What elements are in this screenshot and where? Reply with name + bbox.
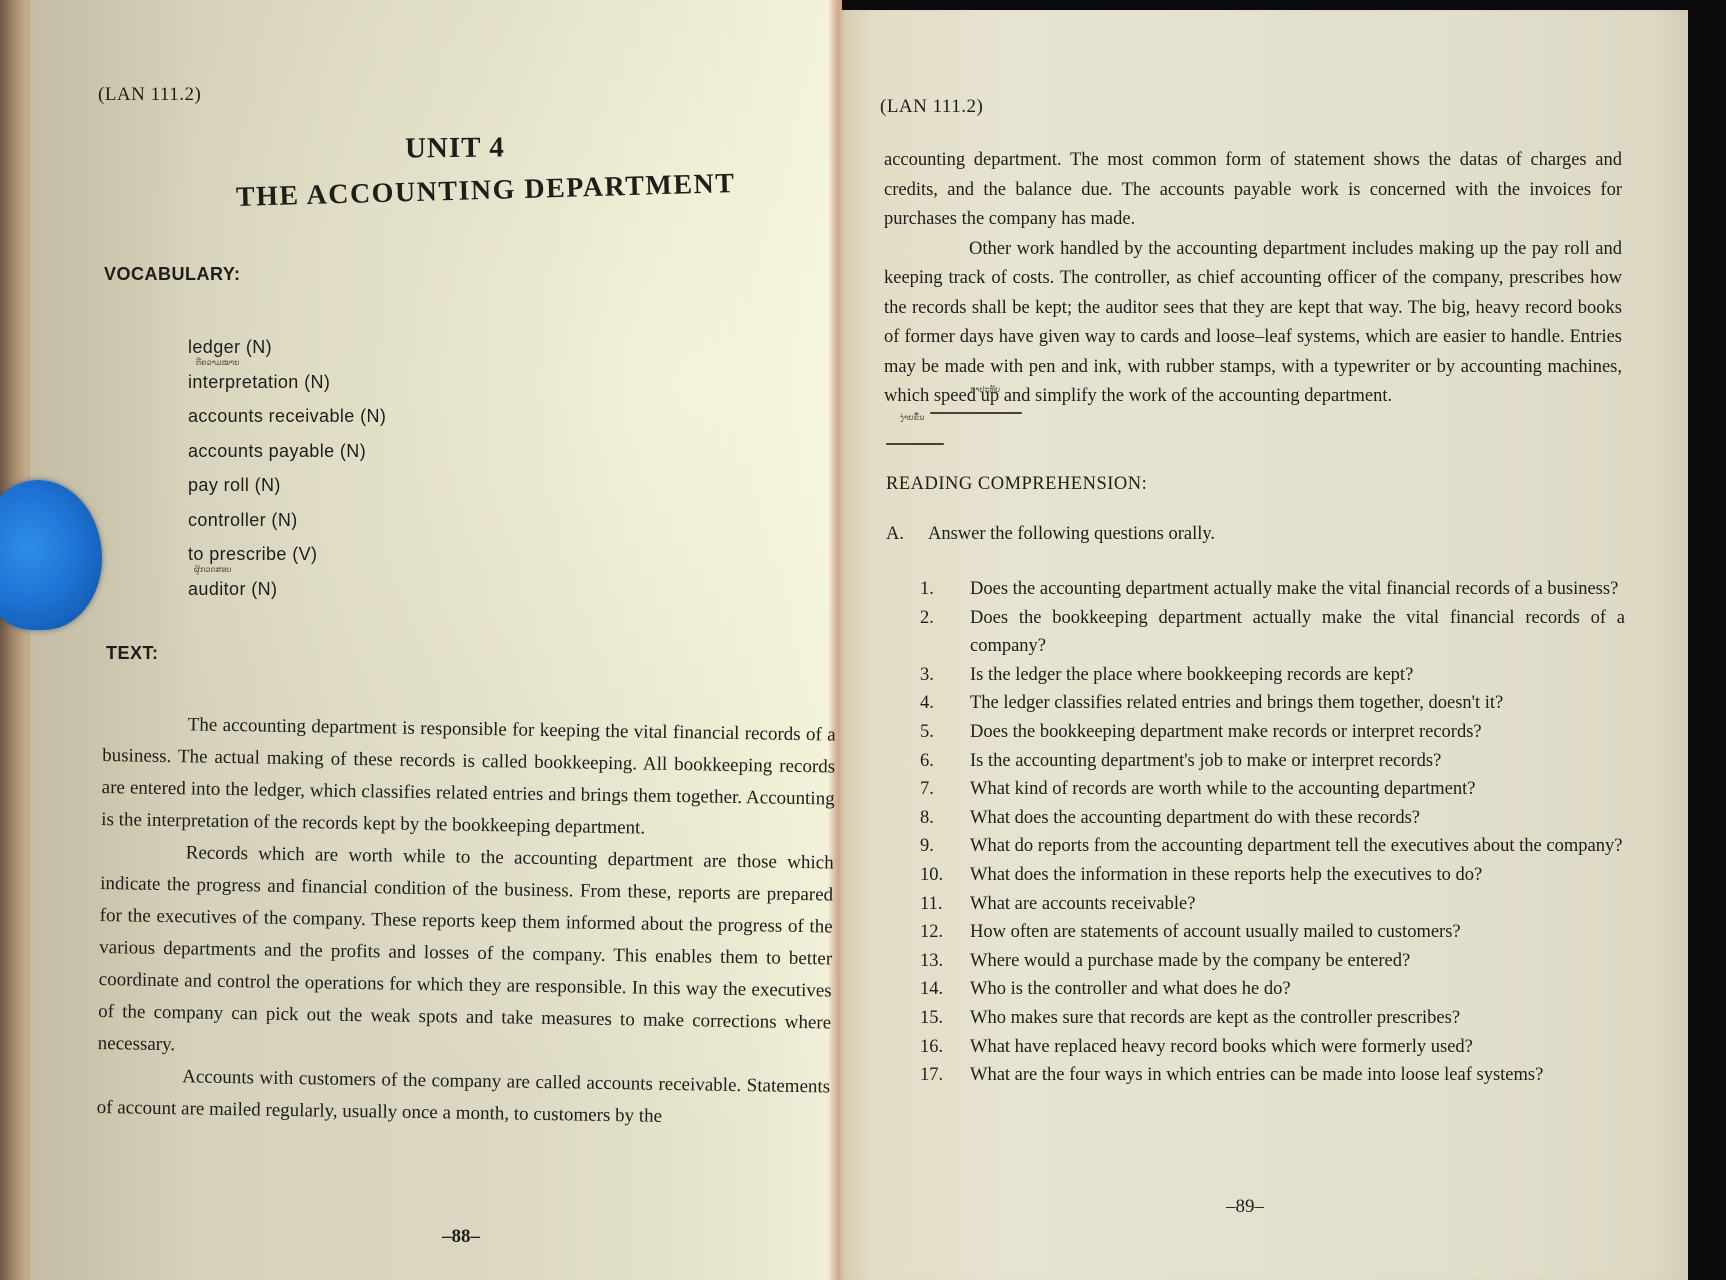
question-number: 5. bbox=[920, 718, 970, 747]
question-text: Who is the controller and what does he d… bbox=[970, 975, 1625, 1004]
vocabulary-item: controller (N) bbox=[188, 503, 386, 538]
exercise-instruction: Answer the following questions orally. bbox=[928, 524, 1215, 544]
left-header-code: (LAN 111.2) bbox=[98, 84, 201, 106]
question-number: 6. bbox=[920, 747, 970, 776]
question-item: 8.What does the accounting department do… bbox=[920, 804, 1625, 833]
question-item: 9.What do reports from the accounting de… bbox=[920, 832, 1625, 861]
question-number: 4. bbox=[920, 689, 970, 718]
question-text: The ledger classifies related entries an… bbox=[970, 689, 1625, 718]
right-header-code: (LAN 111.2) bbox=[880, 96, 983, 118]
question-text: Is the accounting department's job to ma… bbox=[970, 747, 1625, 776]
question-text: What kind of records are worth while to … bbox=[970, 775, 1625, 804]
paragraph: The accounting department is responsible… bbox=[101, 708, 836, 847]
pen-underline bbox=[930, 412, 1022, 414]
question-item: 7.What kind of records are worth while t… bbox=[920, 775, 1625, 804]
question-text: Does the accounting department actually … bbox=[970, 575, 1625, 604]
vocabulary-item: accounts payable (N) bbox=[188, 434, 386, 469]
exercise-letter: A. bbox=[886, 524, 928, 545]
vocabulary-item: interpretation (N) bbox=[188, 365, 386, 400]
question-text: What are accounts receivable? bbox=[970, 890, 1625, 919]
reading-comprehension-heading: READING COMPREHENSION: bbox=[886, 474, 1147, 495]
question-item: 10.What does the information in these re… bbox=[920, 861, 1625, 890]
question-text: Who makes sure that records are kept as … bbox=[970, 1004, 1625, 1033]
question-list: 1.Does the accounting department actuall… bbox=[920, 575, 1625, 1090]
question-number: 14. bbox=[920, 975, 970, 1004]
vocabulary-item: accounts receivable (N) bbox=[188, 399, 386, 434]
handwritten-annotation: ກາປະທັບ bbox=[970, 385, 1000, 394]
question-item: 4.The ledger classifies related entries … bbox=[920, 689, 1625, 718]
question-number: 7. bbox=[920, 775, 970, 804]
vocabulary-item: auditor (N) bbox=[188, 572, 386, 607]
question-number: 8. bbox=[920, 804, 970, 833]
question-text: Where would a purchase made by the compa… bbox=[970, 947, 1625, 976]
question-item: 15.Who makes sure that records are kept … bbox=[920, 1004, 1625, 1033]
handwritten-annotation: ຕີຄວາມໝາຍ bbox=[196, 358, 240, 367]
question-text: Is the ledger the place where bookkeepin… bbox=[970, 661, 1625, 690]
question-text: What are the four ways in which entries … bbox=[970, 1061, 1625, 1090]
vocabulary-heading: VOCABULARY: bbox=[104, 264, 241, 285]
question-item: 14.Who is the controller and what does h… bbox=[920, 975, 1625, 1004]
question-number: 13. bbox=[920, 947, 970, 976]
question-item: 12.How often are statements of account u… bbox=[920, 918, 1625, 947]
paragraph: Accounts with customers of the company a… bbox=[96, 1060, 830, 1136]
question-item: 13.Where would a purchase made by the co… bbox=[920, 947, 1625, 976]
question-number: 11. bbox=[920, 890, 970, 919]
right-body-text: accounting department. The most common f… bbox=[884, 146, 1622, 412]
left-body-text: The accounting department is responsible… bbox=[96, 708, 835, 1135]
question-text: Does the bookkeeping department actually… bbox=[970, 604, 1625, 661]
question-number: 12. bbox=[920, 918, 970, 947]
vocabulary-item: pay roll (N) bbox=[188, 468, 386, 503]
paragraph: Records which are worth while to the acc… bbox=[97, 836, 833, 1071]
question-text: What do reports from the accounting depa… bbox=[970, 832, 1625, 861]
question-item: 1.Does the accounting department actuall… bbox=[920, 575, 1625, 604]
question-number: 1. bbox=[920, 575, 970, 604]
left-page-number: –88– bbox=[442, 1226, 480, 1248]
question-number: 15. bbox=[920, 1004, 970, 1033]
unit-title: UNIT 4 bbox=[405, 131, 505, 165]
question-number: 9. bbox=[920, 832, 970, 861]
handwritten-annotation: ງ່າຍຂຶ້ນ bbox=[900, 413, 924, 422]
question-text: Does the bookkeeping department make rec… bbox=[970, 718, 1625, 747]
question-text: What does the information in these repor… bbox=[970, 861, 1625, 890]
handwritten-annotation: ຜູ້ກວດສອບ bbox=[194, 565, 231, 574]
question-item: 16.What have replaced heavy record books… bbox=[920, 1033, 1625, 1062]
right-page-number: –89– bbox=[1226, 1196, 1264, 1218]
text-heading: TEXT: bbox=[106, 643, 159, 664]
question-item: 2.Does the bookkeeping department actual… bbox=[920, 604, 1625, 661]
question-number: 10. bbox=[920, 861, 970, 890]
question-number: 3. bbox=[920, 661, 970, 690]
question-item: 17.What are the four ways in which entri… bbox=[920, 1061, 1625, 1090]
question-text: What does the accounting department do w… bbox=[970, 804, 1625, 833]
question-item: 6.Is the accounting department's job to … bbox=[920, 747, 1625, 776]
question-number: 2. bbox=[920, 604, 970, 661]
question-number: 17. bbox=[920, 1061, 970, 1090]
question-number: 16. bbox=[920, 1033, 970, 1062]
pen-underline bbox=[886, 443, 944, 445]
question-text: How often are statements of account usua… bbox=[970, 918, 1625, 947]
question-item: 3.Is the ledger the place where bookkeep… bbox=[920, 661, 1625, 690]
question-item: 5.Does the bookkeeping department make r… bbox=[920, 718, 1625, 747]
question-text: What have replaced heavy record books wh… bbox=[970, 1033, 1625, 1062]
paragraph: accounting department. The most common f… bbox=[884, 146, 1622, 235]
question-item: 11.What are accounts receivable? bbox=[920, 890, 1625, 919]
exercise-heading: A.Answer the following questions orally. bbox=[886, 524, 1215, 545]
